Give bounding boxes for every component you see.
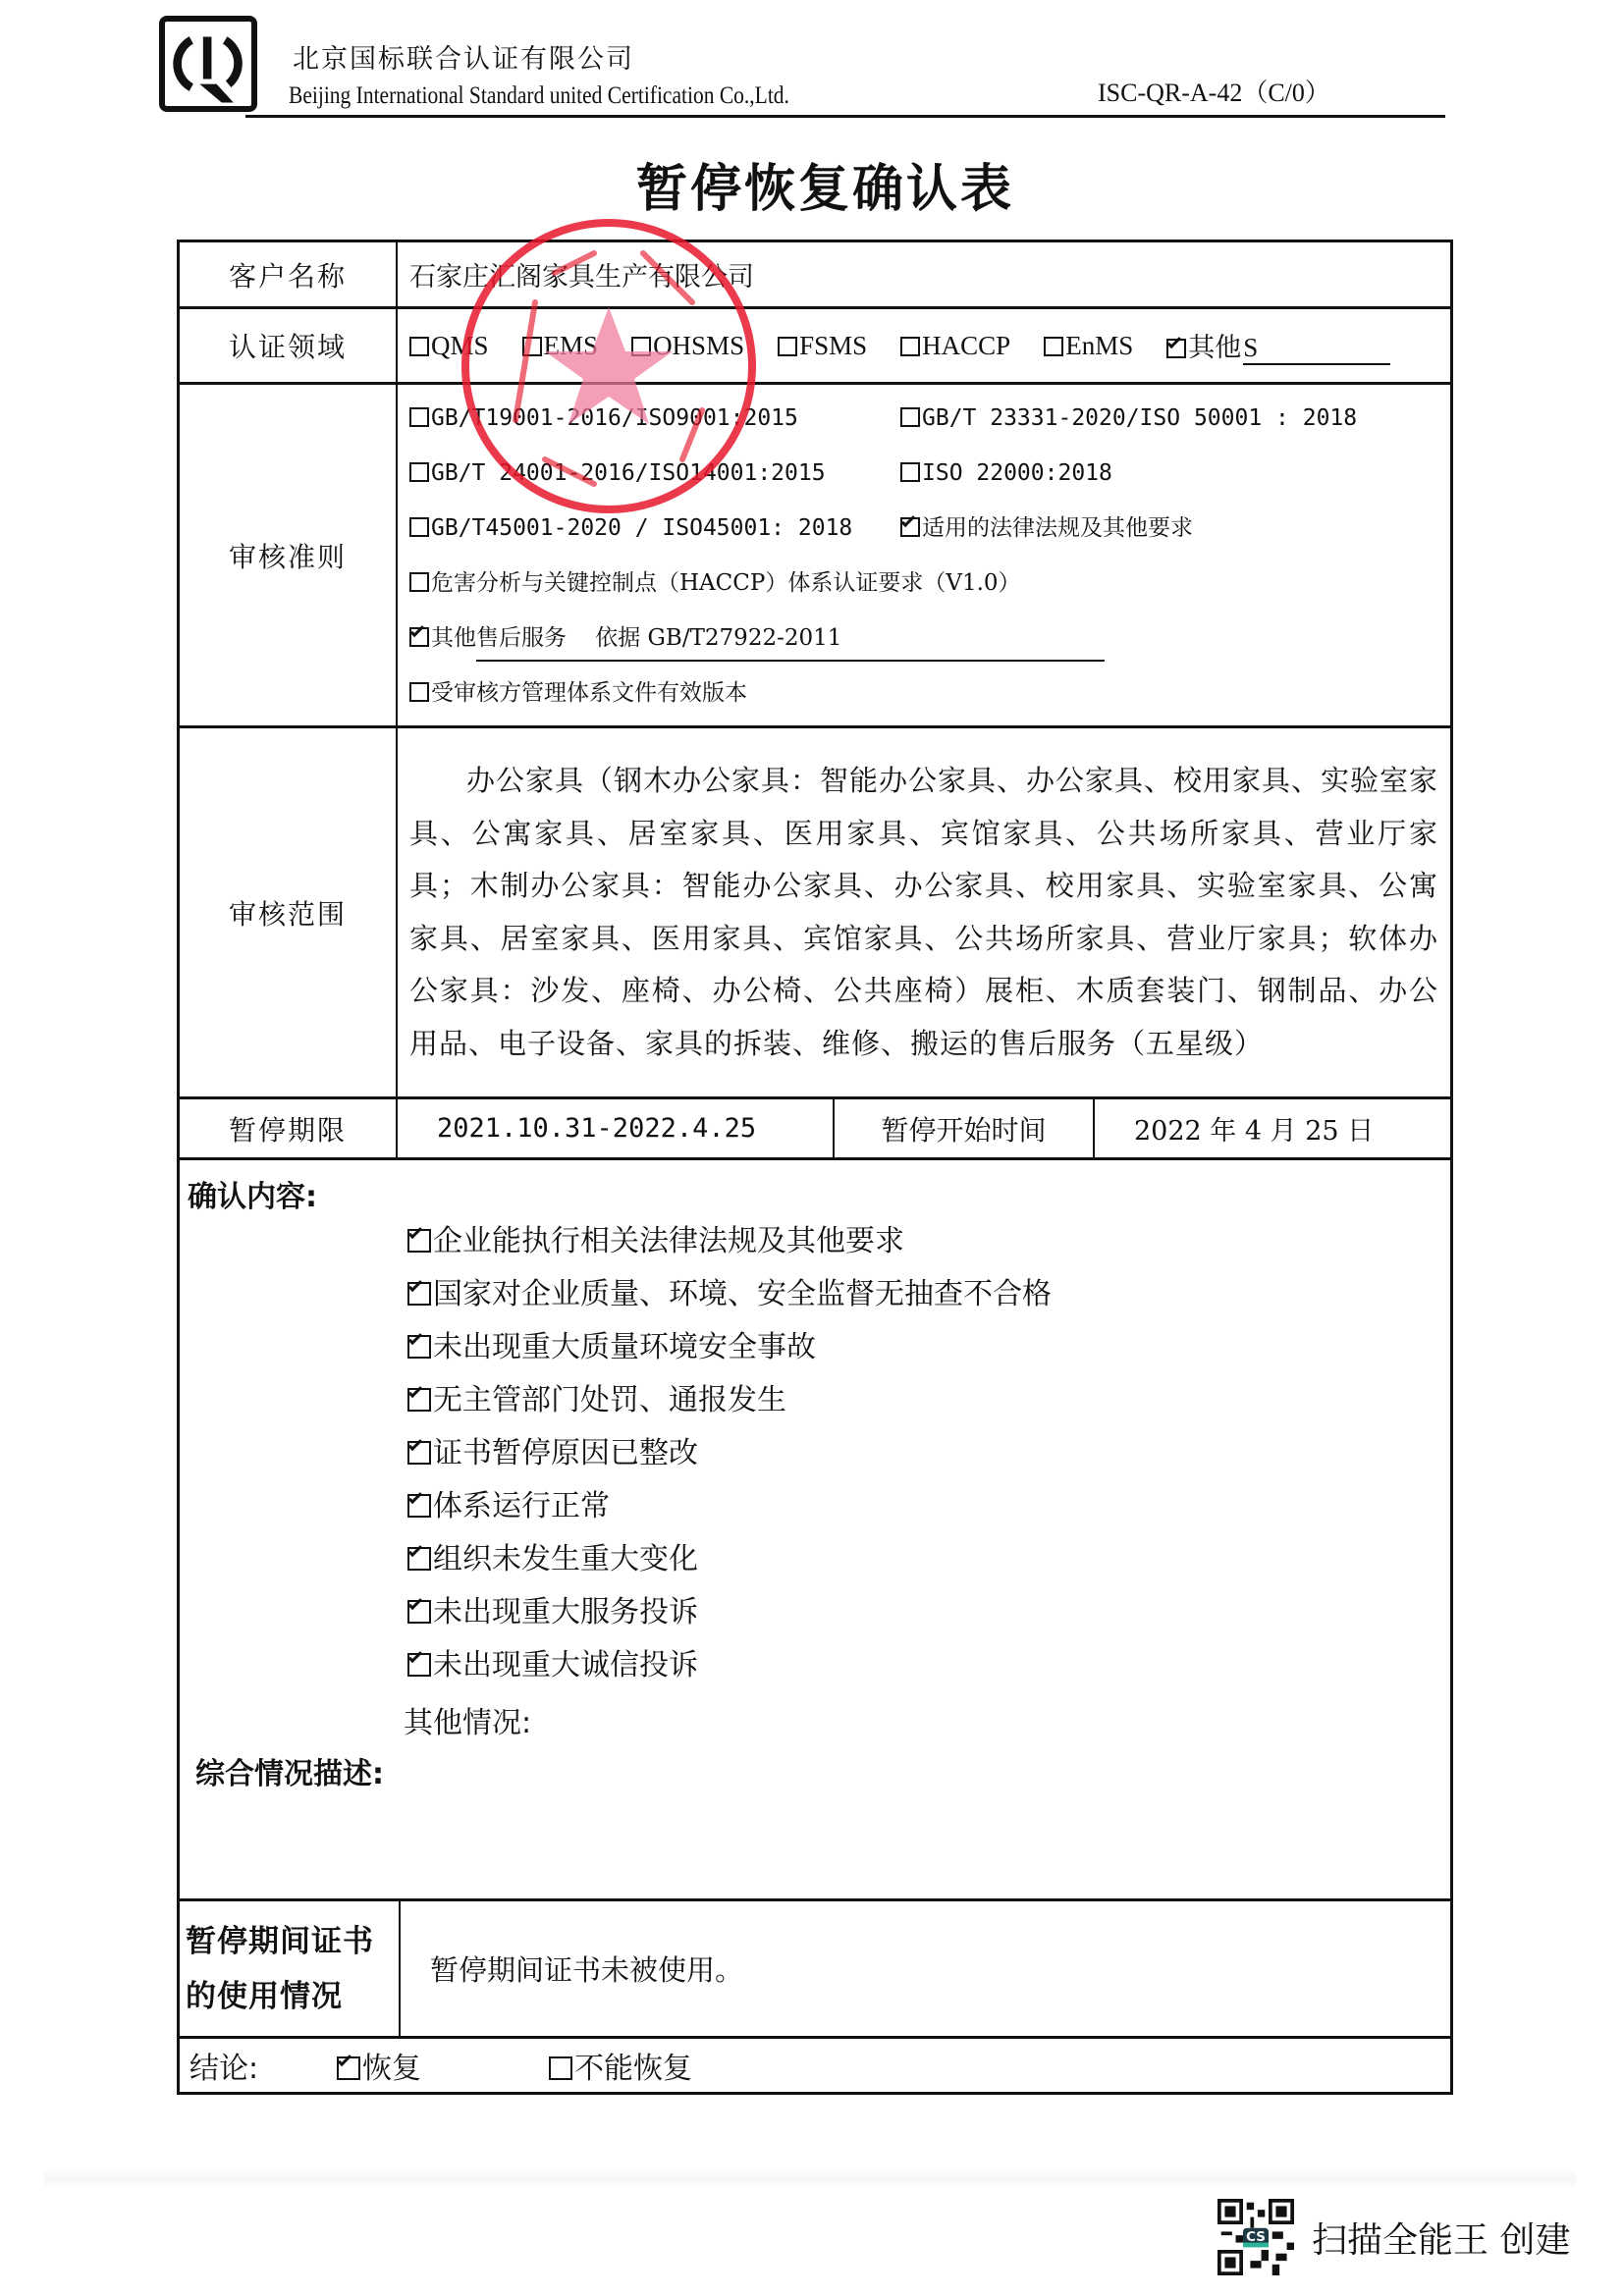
svg-text:CS: CS	[1246, 2230, 1266, 2245]
checkbox-icon	[631, 337, 651, 356]
field-option-haccp[interactable]: HACCP	[900, 331, 1010, 361]
confirm-title: 确认内容:	[188, 1172, 317, 1215]
checkbox-checked-icon	[407, 1600, 431, 1624]
checkbox-icon	[1044, 337, 1063, 356]
confirmation-form-table: 客户名称 石家庄汇阁家具生产有限公司 认证领域 QMS EMS OHSMS FS…	[177, 240, 1453, 2095]
conclusion-option-not-restore[interactable]: 不能恢复	[549, 2044, 692, 2087]
checkbox-checked-icon	[407, 1282, 431, 1306]
client-name: 石家庄汇阁家具生产有限公司	[398, 242, 1450, 306]
cert-usage-value: 暂停期间证书未被使用。	[401, 1901, 1450, 2036]
checkbox-checked-icon	[409, 627, 429, 647]
confirm-item[interactable]: 组织未发生重大变化	[407, 1533, 1052, 1586]
conclusion-row: 结论: 恢复 不能恢复	[180, 2039, 1450, 2092]
field-option-enms[interactable]: EnMS	[1044, 331, 1133, 361]
checkbox-icon	[409, 517, 429, 537]
confirm-item[interactable]: 体系运行正常	[407, 1480, 1052, 1533]
field-option-ohsms[interactable]: OHSMS	[631, 331, 744, 361]
company-name-en: Beijing International Standard united Ce…	[289, 82, 789, 110]
criteria-option[interactable]: ISO 22000:2018	[900, 446, 1112, 501]
scanner-watermark: CS 扫描全能王 创建	[1217, 2199, 1570, 2275]
criteria-label: 审核准则	[180, 385, 398, 725]
criteria-other-fill: 售后服务 依据 GB/T27922-2011	[476, 616, 1105, 662]
checkbox-icon	[549, 2056, 572, 2080]
client-label: 客户名称	[180, 242, 398, 306]
field-option-qms[interactable]: QMS	[409, 331, 489, 361]
checkbox-icon	[900, 462, 920, 482]
company-logo	[159, 16, 257, 112]
checkbox-icon	[900, 407, 920, 427]
audit-criteria-row: 审核准则 GB/T19001-2016/ISO9001:2015 GB/T 23…	[180, 385, 1450, 728]
checkbox-checked-icon	[407, 1388, 431, 1412]
document-code: ISC-QR-A-42（C/0）	[1098, 73, 1330, 109]
confirm-checklist: 企业能执行相关法律法规及其他要求 国家对企业质量、环境、安全监督无抽查不合格 未…	[407, 1215, 1052, 1692]
criteria-option[interactable]: GB/T 24001-2016/ISO14001:2015	[409, 446, 900, 501]
confirm-item[interactable]: 企业能执行相关法律法规及其他要求	[407, 1215, 1052, 1268]
client-row: 客户名称 石家庄汇阁家具生产有限公司	[180, 242, 1450, 309]
criteria-options: GB/T19001-2016/ISO9001:2015 GB/T 23331-2…	[398, 385, 1450, 725]
start-time-label: 暂停开始时间	[835, 1099, 1095, 1157]
qr-code-icon: CS	[1217, 2199, 1294, 2275]
company-name-cn: 北京国标联合认证有限公司	[293, 37, 634, 76]
field-options: QMS EMS OHSMS FSMS HACCP EnMS 其他S	[398, 309, 1450, 382]
confirmation-content-row: 确认内容: 企业能执行相关法律法规及其他要求 国家对企业质量、环境、安全监督无抽…	[180, 1160, 1450, 1901]
checkbox-checked-icon	[337, 2056, 360, 2080]
checkbox-icon	[522, 337, 542, 356]
confirm-item[interactable]: 未出现重大质量环境安全事故	[407, 1321, 1052, 1374]
checkbox-checked-icon	[1166, 339, 1186, 358]
checkbox-checked-icon	[407, 1494, 431, 1518]
criteria-option[interactable]: GB/T19001-2016/ISO9001:2015	[409, 391, 900, 446]
watermark-text: 扫描全能王 创建	[1312, 2213, 1570, 2263]
checkbox-icon	[409, 462, 429, 482]
checkbox-checked-icon	[407, 1335, 431, 1359]
summary-description-label: 综合情况描述:	[195, 1749, 384, 1792]
audit-scope-row: 审核范围 办公家具（钢木办公家具：智能办公家具、办公家具、校用家具、实验室家具、…	[180, 728, 1450, 1099]
period-label: 暂停期限	[180, 1099, 398, 1157]
criteria-option[interactable]: GB/T 23331-2020/ISO 50001 : 2018	[900, 391, 1357, 446]
checkbox-icon	[409, 682, 429, 702]
criteria-option[interactable]: 适用的法律法规及其他要求	[900, 501, 1193, 556]
checkbox-checked-icon	[407, 1441, 431, 1465]
criteria-option-other[interactable]: 其他售后服务 依据 GB/T27922-2011	[409, 611, 1105, 666]
scan-edge-shadow	[44, 2169, 1576, 2189]
checkbox-icon	[409, 407, 429, 427]
confirm-item[interactable]: 无主管部门处罚、通报发生	[407, 1374, 1052, 1427]
field-option-ems[interactable]: EMS	[522, 331, 599, 361]
criteria-option[interactable]: GB/T45001-2020 / ISO45001: 2018	[409, 501, 900, 556]
start-time-value: 2022 年 4 月 25 日	[1095, 1099, 1450, 1157]
checkbox-icon	[409, 572, 429, 592]
field-other-fill: S	[1243, 333, 1390, 365]
period-value: 2021.10.31-2022.4.25	[398, 1099, 835, 1157]
cert-usage-label: 暂停期间证书 的使用情况	[180, 1901, 401, 2036]
checkbox-checked-icon	[900, 517, 920, 537]
header-divider	[245, 115, 1445, 118]
certificate-usage-row: 暂停期间证书 的使用情况 暂停期间证书未被使用。	[180, 1901, 1450, 2039]
checkbox-checked-icon	[407, 1547, 431, 1571]
confirm-item[interactable]: 证书暂停原因已整改	[407, 1427, 1052, 1480]
checkbox-icon	[409, 337, 429, 356]
scope-text: 办公家具（钢木办公家具：智能办公家具、办公家具、校用家具、实验室家具、公寓家具、…	[398, 728, 1450, 1096]
field-option-other[interactable]: 其他S	[1166, 326, 1390, 365]
criteria-option[interactable]: 受审核方管理体系文件有效版本	[409, 666, 747, 721]
field-option-fsms[interactable]: FSMS	[778, 331, 867, 361]
conclusion-label: 结论:	[189, 2044, 337, 2087]
scope-label: 审核范围	[180, 728, 398, 1096]
criteria-option[interactable]: 危害分析与关键控制点（HACCP）体系认证要求（V1.0）	[409, 556, 1021, 611]
checkbox-checked-icon	[407, 1653, 431, 1677]
checkbox-icon	[778, 337, 797, 356]
page-title: 暂停恢复确认表	[636, 147, 1014, 221]
confirm-item[interactable]: 国家对企业质量、环境、安全监督无抽查不合格	[407, 1268, 1052, 1321]
confirm-item[interactable]: 未出现重大诚信投诉	[407, 1639, 1052, 1692]
checkbox-checked-icon	[407, 1229, 431, 1253]
other-situation-label: 其他情况:	[404, 1698, 531, 1741]
suspension-period-row: 暂停期限 2021.10.31-2022.4.25 暂停开始时间 2022 年 …	[180, 1099, 1450, 1160]
isc-logo-icon	[165, 22, 251, 106]
checkbox-icon	[900, 337, 920, 356]
confirm-item[interactable]: 未出现重大服务投诉	[407, 1586, 1052, 1639]
certification-field-row: 认证领域 QMS EMS OHSMS FSMS HACCP EnMS 其他S	[180, 309, 1450, 385]
conclusion-option-restore[interactable]: 恢复	[337, 2044, 421, 2087]
field-label: 认证领域	[180, 309, 398, 382]
